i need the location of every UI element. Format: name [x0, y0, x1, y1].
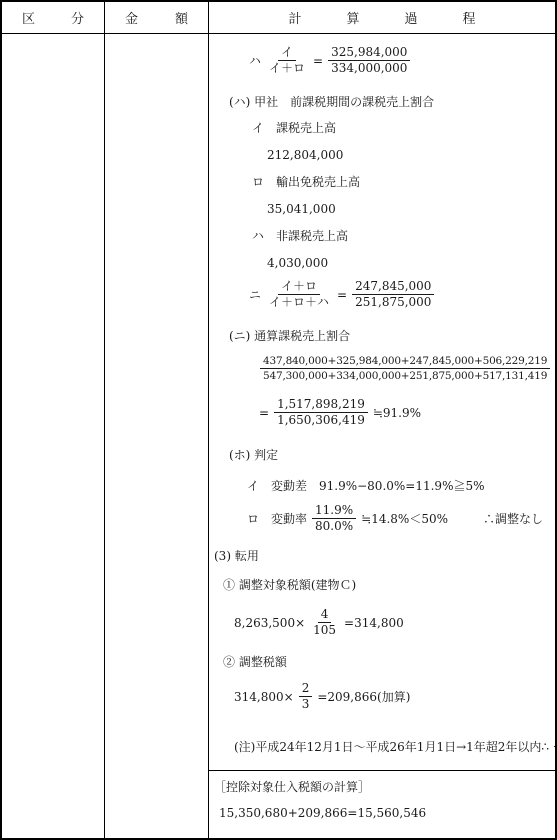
- fraction-denominator: 3: [554, 747, 555, 761]
- line-3-conversion-heading: (3) 転用: [209, 549, 555, 563]
- text-segment: 212,804,000: [267, 148, 343, 162]
- header-char: 算: [346, 8, 359, 27]
- column-header-keisan-katei-label: 計算過程: [289, 8, 476, 27]
- fraction-numerator: 2: [299, 682, 313, 697]
- fraction: 325,984,000334,000,000: [328, 46, 410, 75]
- fraction: 23: [554, 732, 555, 761]
- tax-calculation-sheet: 区分 金額 計算過程 ハイイ＋ロ=325,984,000334,000,000(…: [0, 0, 557, 840]
- calculation-process-main-area: ハイイ＋ロ=325,984,000334,000,000(ハ) 甲社 前課税期間…: [209, 34, 555, 770]
- header-char: 分: [71, 8, 84, 27]
- column-header-keisan-katei: 計算過程: [209, 2, 555, 33]
- line-ro-variation-rate: ロ 変動率11.9%80.0%≒14.8%＜50%∴調整なし: [209, 504, 555, 533]
- text-segment: ① 調整対象税額(建物Ｃ): [223, 578, 356, 592]
- fraction-denominator: 3: [299, 697, 313, 711]
- calculation-process-cell: ハイイ＋ロ=325,984,000334,000,000(ハ) 甲社 前課税期間…: [209, 34, 555, 838]
- line-circle1-adjustment-target-heading: ① 調整対象税額(建物Ｃ): [209, 578, 555, 592]
- text-segment: ロ 変動率: [247, 512, 307, 526]
- fraction-denominator: 1,650,306,419: [274, 413, 368, 427]
- text-segment: (ハ) 甲社 前課税期間の課税売上割合: [229, 95, 434, 109]
- text-segment: ニ: [249, 288, 261, 302]
- line-ha-nontaxable-sales-label: ハ 非課税売上高: [209, 229, 555, 243]
- fraction-denominator: 251,875,000: [352, 295, 434, 309]
- column-header-kubun: 区分: [2, 2, 105, 33]
- text-segment: イ 変動差 91.9%−80.0%=11.9%≧5%: [247, 479, 485, 493]
- text-segment: 15,350,680+209,866=15,560,546: [219, 806, 426, 820]
- fraction: 247,845,000251,875,000: [352, 280, 434, 309]
- line-ha-nontaxable-sales-value: 4,030,000: [209, 256, 555, 270]
- text-segment: ∴: [541, 740, 549, 754]
- fraction-numerator: 4: [318, 608, 332, 623]
- text-segment: ∴調整なし: [483, 512, 543, 526]
- line-i-taxable-sales-label: イ 課税売上高: [209, 121, 555, 135]
- table-header-row: 区分 金額 計算過程: [2, 2, 555, 34]
- fraction-numerator: 2: [554, 732, 555, 747]
- line-circle2-adjustment-tax-heading: ② 調整税額: [209, 655, 555, 669]
- fraction-numerator: 11.9%: [312, 504, 356, 519]
- right-aligned-note: ∴23: [541, 732, 555, 761]
- text-segment: ② 調整税額: [223, 655, 287, 669]
- fraction-numerator: 247,845,000: [352, 280, 434, 295]
- text-segment: =: [313, 54, 323, 68]
- text-segment: =: [337, 288, 347, 302]
- line-circle2-adjustment-calc: 314,800×23=209,866(加算): [209, 682, 555, 711]
- table-body-row: ハイイ＋ロ=325,984,000334,000,000(ハ) 甲社 前課税期間…: [2, 34, 555, 838]
- column-header-kingaku-label: 金額: [125, 8, 188, 27]
- line-ro-export-exempt-sales-label: ロ 輸出免税売上高: [209, 175, 555, 189]
- text-segment: =209,866(加算): [317, 690, 410, 704]
- text-segment: 4,030,000: [267, 256, 328, 270]
- line-ni-cumulative-ratio-heading: (ニ) 通算課税売上割合: [209, 329, 555, 343]
- text-segment: イ 課税売上高: [252, 121, 336, 135]
- line-cumulative-big-fraction: 437,840,000+325,984,000+247,845,000+506,…: [209, 355, 555, 382]
- text-segment: (ホ) 判定: [229, 448, 278, 462]
- text-segment: ハ: [249, 54, 261, 68]
- text-segment: (3) 転用: [214, 549, 259, 563]
- fraction-denominator: イ＋ロ: [266, 61, 308, 75]
- fraction-denominator: 334,000,000: [328, 61, 410, 75]
- footer-deduction-calc: 15,350,680+209,866=15,560,546: [209, 806, 555, 820]
- text-segment: ≒91.9%: [373, 406, 421, 420]
- line-cumulative-ratio-result: =1,517,898,2191,650,306,419≒91.9%: [209, 398, 555, 427]
- line-note-period: (注)平成24年12月1日～平成26年1月1日→1年超2年以内∴23: [209, 732, 555, 761]
- line-i-taxable-sales-value: 212,804,000: [209, 148, 555, 162]
- header-char: 計: [289, 8, 302, 27]
- line-ho-judgement-heading: (ホ) 判定: [209, 448, 555, 462]
- text-segment: 8,263,500×: [234, 616, 305, 630]
- column-header-kingaku: 金額: [105, 2, 209, 33]
- fraction: 437,840,000+325,984,000+247,845,000+506,…: [260, 355, 550, 382]
- text-segment: =: [259, 406, 269, 420]
- kubun-column-empty-cell: [2, 34, 105, 838]
- text-segment: ハ 非課税売上高: [252, 229, 348, 243]
- header-char: 区: [22, 8, 35, 27]
- text-segment: =314,800: [344, 616, 404, 630]
- fraction-numerator: イ: [278, 46, 296, 61]
- text-segment: ［控除対象仕入税額の計算］: [214, 780, 370, 794]
- header-char: 額: [175, 8, 188, 27]
- fraction: 23: [299, 682, 313, 711]
- right-aligned-note: ∴調整なし: [483, 512, 545, 526]
- fraction-denominator: イ＋ロ＋ハ: [266, 295, 332, 309]
- text-segment: 35,041,000: [267, 202, 336, 216]
- line-ro-export-exempt-sales-value: 35,041,000: [209, 202, 555, 216]
- fraction-denominator: 547,300,000+334,000,000+251,875,000+517,…: [260, 369, 550, 382]
- fraction-numerator: 1,517,898,219: [274, 398, 368, 413]
- line-ha-kousha-heading: (ハ) 甲社 前課税期間の課税売上割合: [209, 95, 555, 109]
- line-i-variation-difference: イ 変動差 91.9%−80.0%=11.9%≧5%: [209, 479, 555, 493]
- footer-deduction-title: ［控除対象仕入税額の計算］: [209, 780, 555, 794]
- fraction: イイ＋ロ: [266, 46, 308, 75]
- text-segment: (ニ) 通算課税売上割合: [229, 329, 350, 343]
- line-ha-prev-ratio-fraction: ハイイ＋ロ=325,984,000334,000,000: [209, 46, 555, 75]
- fraction-numerator: イ＋ロ: [278, 280, 320, 295]
- fraction-numerator: 437,840,000+325,984,000+247,845,000+506,…: [260, 355, 550, 369]
- deduction-summary-area: ［控除対象仕入税額の計算］15,350,680+209,866=15,560,5…: [209, 770, 555, 838]
- text-segment: (注)平成24年12月1日～平成26年1月1日→1年超2年以内: [234, 740, 541, 754]
- fraction: 11.9%80.0%: [312, 504, 356, 533]
- fraction: 4105: [310, 608, 339, 637]
- column-header-kubun-label: 区分: [22, 8, 84, 27]
- header-char: 過: [404, 8, 417, 27]
- header-char: 程: [462, 8, 475, 27]
- fraction: 1,517,898,2191,650,306,419: [274, 398, 368, 427]
- header-char: 金: [125, 8, 138, 27]
- fraction-denominator: 80.0%: [312, 519, 356, 533]
- line-circle1-adjustment-calc: 8,263,500×4105=314,800: [209, 608, 555, 637]
- kingaku-column-empty-cell: [105, 34, 209, 838]
- fraction-denominator: 105: [310, 623, 339, 637]
- line-ni-ratio-fraction: ニイ＋ロイ＋ロ＋ハ=247,845,000251,875,000: [209, 280, 555, 309]
- text-segment: ロ 輸出免税売上高: [252, 175, 360, 189]
- text-segment: 314,800×: [234, 690, 294, 704]
- text-segment: ≒14.8%＜50%: [361, 512, 448, 526]
- fraction: イ＋ロイ＋ロ＋ハ: [266, 280, 332, 309]
- fraction-numerator: 325,984,000: [328, 46, 410, 61]
